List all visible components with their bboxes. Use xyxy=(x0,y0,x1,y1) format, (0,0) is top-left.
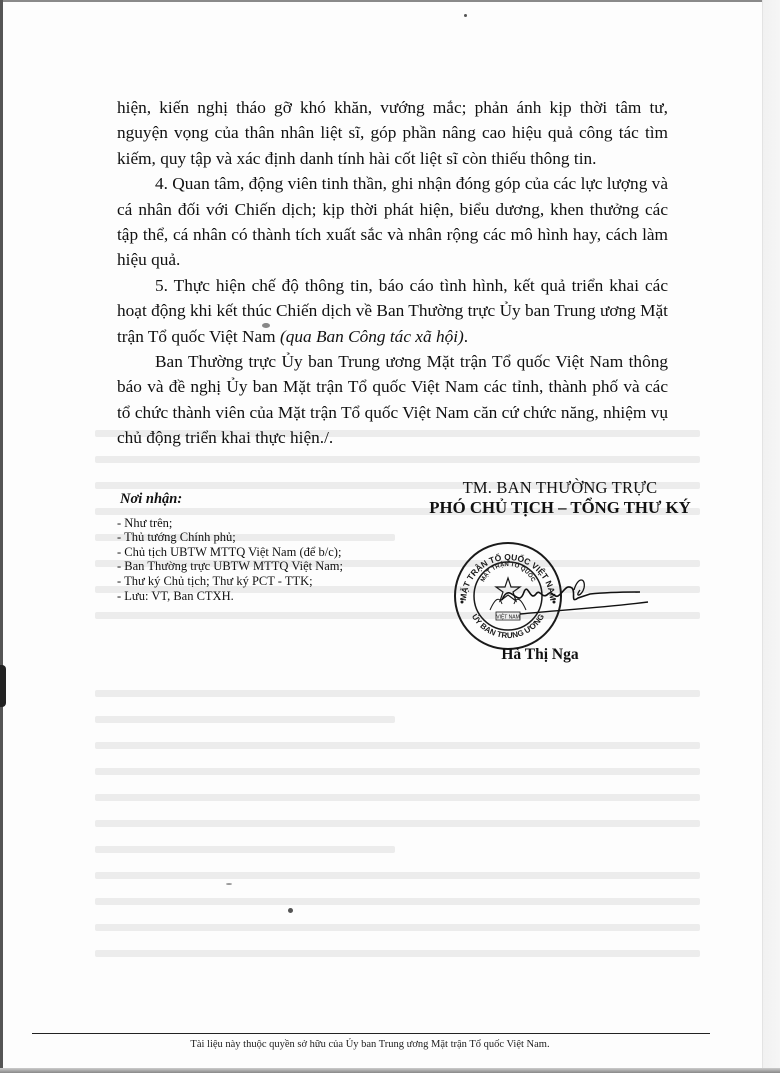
signature-block: TM. BAN THƯỜNG TRỰC PHÓ CHỦ TỊCH – TỔNG … xyxy=(410,478,710,518)
bleed-through-line xyxy=(95,768,700,775)
page-top-edge xyxy=(0,0,780,2)
footer-divider xyxy=(32,1033,710,1034)
scanned-page: hiện, kiến nghị tháo gỡ khó khăn, vướng … xyxy=(0,0,780,1073)
bleed-through-line xyxy=(95,716,395,723)
footer-ownership-note: Tài liệu này thuộc quyền sở hữu của Ủy b… xyxy=(0,1039,740,1050)
on-behalf-line: TM. BAN THƯỜNG TRỰC xyxy=(410,478,710,498)
bleed-through-line xyxy=(95,846,395,853)
bleed-through-line xyxy=(95,820,700,827)
scan-shadow xyxy=(0,665,6,707)
signer-name: Hà Thị Nga xyxy=(470,646,610,664)
bleed-through-line xyxy=(95,924,700,931)
bleed-through-line xyxy=(95,456,700,463)
recipients-title: Nơi nhận: xyxy=(120,492,417,507)
recipients-list: Như trên; Thủ tướng Chính phủ; Chủ tịch … xyxy=(117,516,417,604)
recipient-item: Ban Thường trực UBTW MTTQ Việt Nam; xyxy=(117,559,417,574)
paragraph-item-5: 5. Thực hiện chế độ thông tin, báo cáo t… xyxy=(117,273,668,349)
paragraph-item-5-note: (qua Ban Công tác xã hội) xyxy=(280,327,464,346)
recipient-item: Thủ tướng Chính phủ; xyxy=(117,530,417,545)
paragraph-continuation: hiện, kiến nghị tháo gỡ khó khăn, vướng … xyxy=(117,95,668,171)
bleed-through-line xyxy=(95,950,700,957)
recipient-item: Thư ký Chủ tịch; Thư ký PCT - TTK; xyxy=(117,574,417,589)
scan-speck xyxy=(262,323,270,328)
recipient-item: Chủ tịch UBTW MTTQ Việt Nam (để b/c); xyxy=(117,545,417,560)
recipient-item: Lưu: VT, Ban CTXH. xyxy=(117,589,417,604)
bleed-through-line xyxy=(95,690,700,697)
bleed-through-line xyxy=(95,898,700,905)
signer-position: PHÓ CHỦ TỊCH – TỔNG THƯ KÝ xyxy=(410,498,710,518)
bleed-through-line xyxy=(95,742,700,749)
paragraph-closing: Ban Thường trực Ủy ban Trung ương Mặt tr… xyxy=(117,349,668,451)
paragraph-item-4: 4. Quan tâm, động viên tinh thần, ghi nh… xyxy=(117,171,668,273)
document-body: hiện, kiến nghị tháo gỡ khó khăn, vướng … xyxy=(117,95,668,451)
bleed-through-line xyxy=(95,872,700,879)
scan-speck xyxy=(464,14,467,17)
page-right-fold xyxy=(762,0,780,1073)
page-bottom-edge xyxy=(0,1068,780,1073)
paragraph-item-5-end: . xyxy=(464,327,468,346)
scan-speck xyxy=(226,883,232,885)
scan-speck xyxy=(288,908,293,913)
handwritten-signature-icon xyxy=(500,570,650,620)
bleed-through-line xyxy=(95,794,700,801)
page-left-edge xyxy=(0,0,3,1073)
recipient-item: Như trên; xyxy=(117,516,417,531)
recipients-block: Nơi nhận: Như trên; Thủ tướng Chính phủ;… xyxy=(117,492,417,603)
